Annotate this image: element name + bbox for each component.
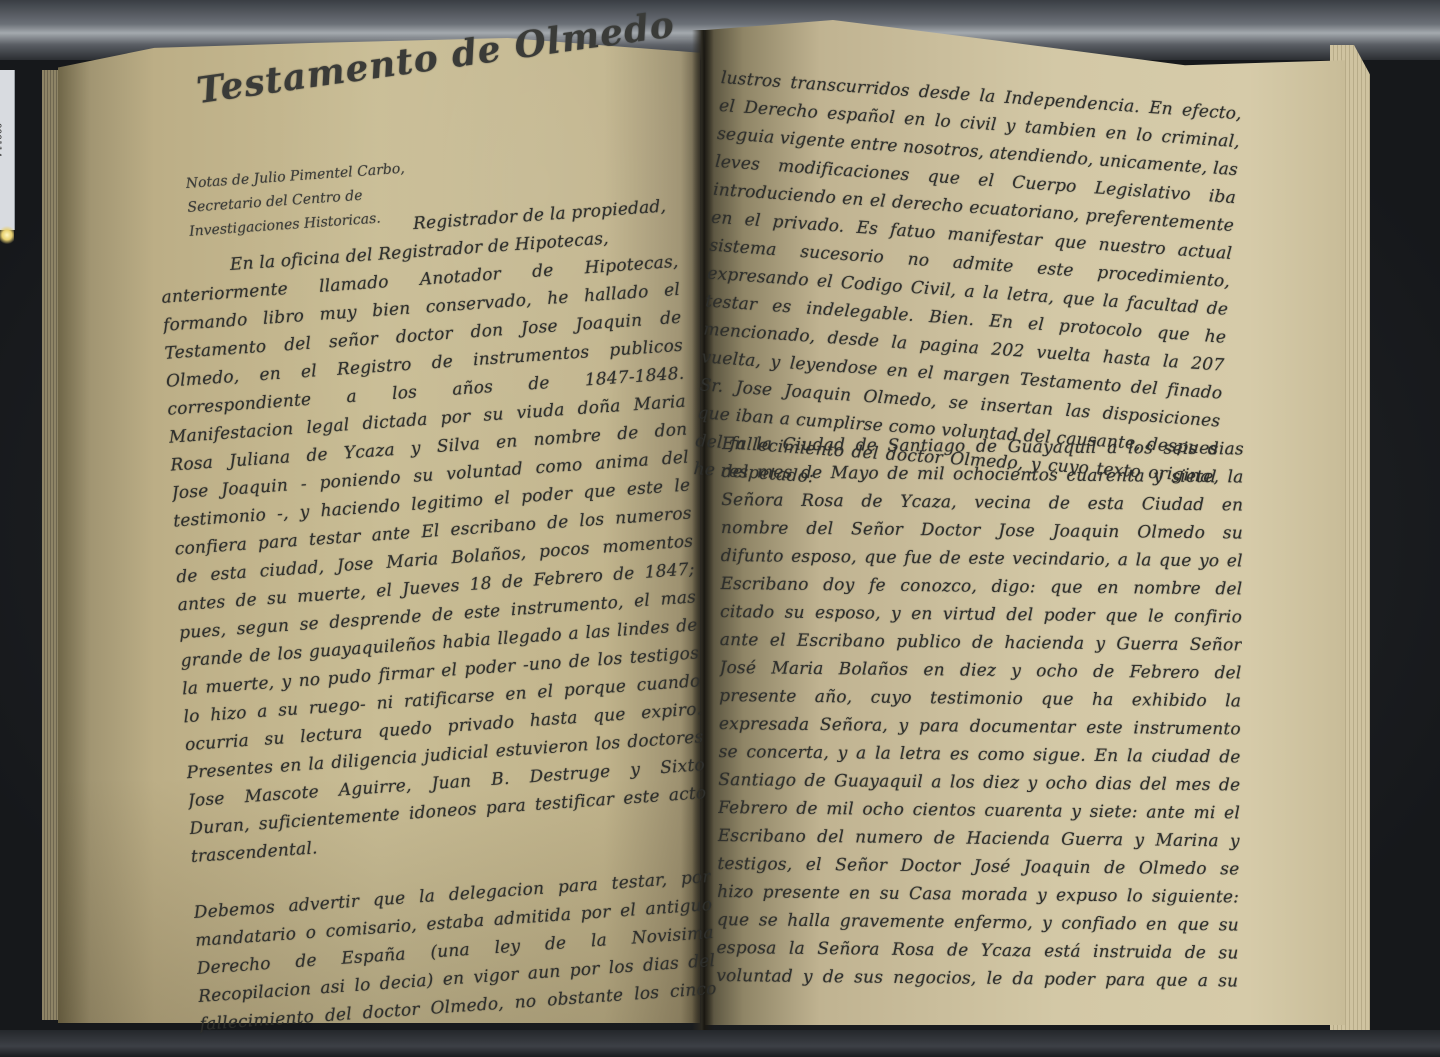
- museum-label-card: 000114: [0, 70, 15, 230]
- right-page-body-lower: En la Ciudad de Santiago de Guayaquil a …: [716, 430, 1244, 995]
- text-line: voluntad y de sus negocios, le da poder …: [716, 962, 1238, 995]
- left-page-body: Registrador de la propiedad, En la ofici…: [158, 192, 717, 1039]
- light-glare: [0, 225, 14, 245]
- label-card-text: 000114: [0, 123, 2, 157]
